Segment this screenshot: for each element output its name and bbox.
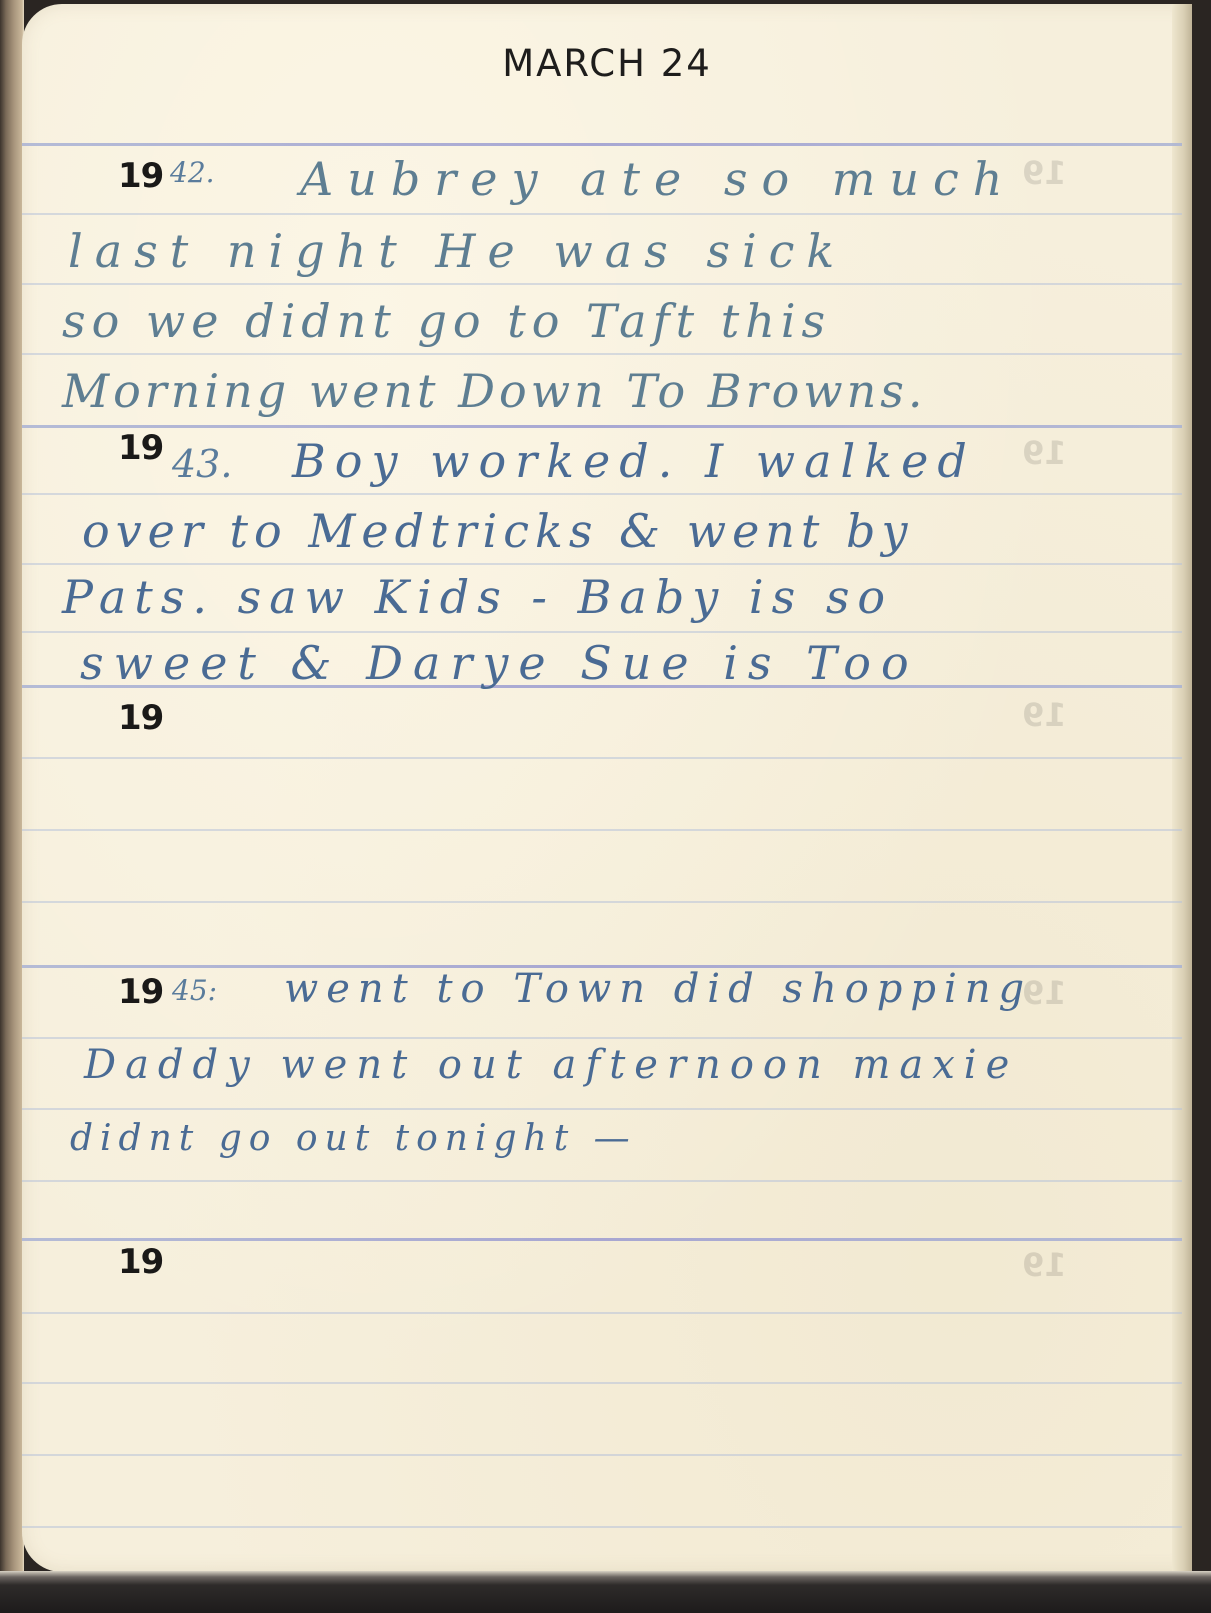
year-label: 19 xyxy=(118,972,163,1012)
bleed-through-year: 19 xyxy=(1022,154,1067,192)
section-rule xyxy=(22,143,1182,146)
entry-line: last night He was sick xyxy=(68,224,846,278)
page-date-heading: MARCH 24 xyxy=(22,42,1192,85)
ruled-line xyxy=(22,1180,1182,1182)
ruled-line xyxy=(22,757,1182,759)
book-bottom-edge xyxy=(0,1571,1211,1613)
ruled-line xyxy=(22,1382,1182,1384)
ruled-line xyxy=(22,1108,1182,1110)
ruled-line xyxy=(22,829,1182,831)
year-label: 19 xyxy=(118,1242,163,1282)
entry-line: Boy worked. I walked xyxy=(292,434,976,488)
bleed-through-year: 19 xyxy=(1022,696,1067,734)
entry-line: Morning went Down To Browns. xyxy=(62,364,927,418)
year-suffix-handwritten: 45: xyxy=(172,974,217,1007)
ruled-line xyxy=(22,1454,1182,1456)
book-binding-edge xyxy=(0,0,24,1613)
year-label: 19 xyxy=(118,698,163,738)
entry-line: Aubrey ate so much xyxy=(300,152,1016,206)
diary-page: MARCH 24 19 19 19 19 19 19 42. Aubrey at… xyxy=(22,4,1192,1572)
year-suffix-handwritten: 42. xyxy=(170,156,215,189)
ruled-line xyxy=(22,353,1182,355)
entry-line: Daddy went out afternoon maxie xyxy=(84,1042,1018,1088)
entry-line: sweet & Darye Sue is Too xyxy=(80,636,919,690)
ruled-line xyxy=(22,901,1182,903)
bleed-through-year: 19 xyxy=(1022,1246,1067,1284)
ruled-line xyxy=(22,563,1182,565)
ruled-line xyxy=(22,213,1182,215)
year-suffix-handwritten: 43. xyxy=(172,442,232,486)
entry-line: Pats. saw Kids - Baby is so xyxy=(62,570,893,624)
entry-line: went to Town did shopping xyxy=(284,966,1032,1012)
entry-line: so we didnt go to Taft this xyxy=(62,294,831,348)
bleed-through-year: 19 xyxy=(1022,434,1067,472)
ruled-line xyxy=(22,1526,1182,1528)
year-label: 19 xyxy=(118,156,163,196)
ruled-line xyxy=(22,283,1182,285)
ruled-line xyxy=(22,1037,1182,1039)
ruled-line xyxy=(22,1312,1182,1314)
ruled-line xyxy=(22,493,1182,495)
page-right-edge xyxy=(1172,4,1192,1572)
entry-line: didnt go out tonight — xyxy=(70,1118,637,1159)
section-rule xyxy=(22,425,1182,428)
section-rule xyxy=(22,1238,1182,1241)
year-label: 19 xyxy=(118,428,163,468)
entry-line: over to Medtricks & went by xyxy=(82,504,913,558)
ruled-line xyxy=(22,631,1182,633)
